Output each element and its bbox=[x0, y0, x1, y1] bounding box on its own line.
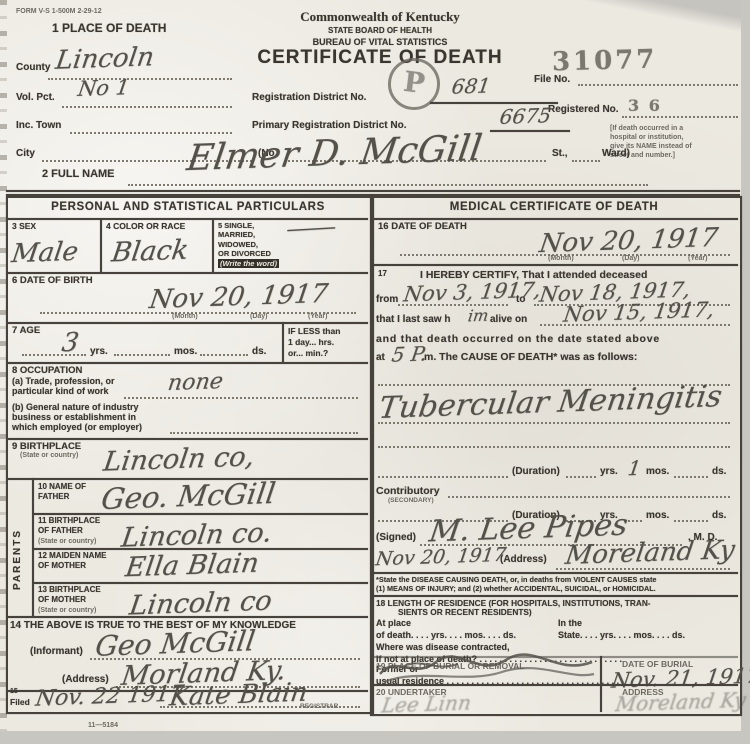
mother-bp-sublabel: (State or country) bbox=[38, 607, 96, 614]
signed-address-handwriting: Moreland Ky bbox=[564, 537, 737, 569]
in-the-state-line2: State. . . . yrs. . . . mos. . . . ds. bbox=[558, 630, 685, 640]
footnote-line2: (1) MEANS OF INJURY; and (2) whether ACC… bbox=[376, 585, 656, 593]
line-under-medical-title bbox=[372, 218, 738, 220]
race-handwriting: Black bbox=[110, 237, 190, 267]
header-divider-top bbox=[6, 190, 740, 192]
occupation-b-line2: business or establishment in bbox=[12, 412, 136, 422]
secondary-sublabel: (SECONDARY) bbox=[388, 497, 434, 504]
father-name-label-2: FATHER bbox=[38, 492, 69, 501]
dob-month-sublabel: (Month) bbox=[172, 313, 198, 321]
medical-section-title: MEDICAL CERTIFICATE OF DEATH bbox=[372, 201, 736, 214]
sex-race-divider bbox=[100, 220, 102, 272]
last-saw-label: that I last saw h bbox=[376, 314, 450, 325]
full-name-handwriting: Elmer D. McGill bbox=[185, 131, 484, 177]
contributory-dots bbox=[448, 494, 730, 498]
at-label: at bbox=[376, 352, 385, 363]
line-above-footnote bbox=[372, 572, 738, 574]
birthplace-sublabel: (State or country) bbox=[20, 452, 78, 460]
certify-from-label: from bbox=[376, 294, 398, 305]
duration-dots-0 bbox=[378, 474, 508, 478]
commonwealth-line: Commonwealth of Kentucky bbox=[225, 10, 535, 25]
marital-label-3: WIDOWED, bbox=[218, 240, 258, 249]
him-handwriting: im bbox=[467, 308, 490, 325]
residence-label-line2: SIENTS OR RECENT RESIDENTS) bbox=[398, 608, 532, 617]
dod-year-sublabel: (Year) bbox=[688, 255, 707, 263]
if-less-line2: 1 day... hrs. bbox=[288, 337, 334, 347]
vol-pct-line bbox=[62, 104, 232, 108]
file-no-label: File No. bbox=[534, 74, 570, 85]
marital-dash-handwriting: — bbox=[281, 217, 341, 242]
vol-pct-handwriting: No 1 bbox=[76, 77, 130, 100]
certify-section-number: 17 bbox=[378, 270, 387, 279]
hospital-note-line2: hospital or institution, bbox=[610, 134, 684, 141]
line-above-undertaker bbox=[372, 684, 738, 686]
parents-strip-divider bbox=[32, 478, 34, 616]
dob-label: 6 DATE OF BIRTH bbox=[12, 276, 93, 287]
parents-vertical-label: PARENTS bbox=[12, 510, 23, 590]
primary-registration-line bbox=[490, 130, 570, 132]
filed-label: Filed bbox=[10, 698, 30, 708]
race-label: 4 COLOR OR RACE bbox=[106, 222, 185, 232]
registration-district-label: Registration District No. bbox=[252, 92, 366, 103]
line-under-footnote bbox=[372, 595, 738, 597]
registered-no-value: 3 6 bbox=[628, 96, 662, 115]
father-bp-label-1: 11 BIRTHPLACE bbox=[38, 516, 100, 525]
occupation-b-line3: which employed (or employer) bbox=[12, 422, 142, 432]
occupation-handwriting: none bbox=[166, 371, 224, 395]
age-dots-2 bbox=[114, 352, 170, 356]
line-under-occupation bbox=[8, 438, 368, 440]
age-dots-3 bbox=[200, 352, 248, 356]
scan-corner-shadow bbox=[571, 0, 741, 34]
line-under-mother-name bbox=[34, 582, 368, 584]
dob-handwriting: Nov 20, 1917 bbox=[148, 281, 330, 313]
at-place-line1: At place bbox=[376, 618, 411, 628]
father-bp-label-2: OF FATHER bbox=[38, 526, 83, 535]
at-place-line2: of death. . . . yrs. . . . mos. . . . ds… bbox=[376, 630, 516, 640]
inc-town-label: Inc. Town bbox=[16, 120, 61, 131]
if-less-line1: IF LESS than bbox=[288, 326, 340, 336]
duration2-dots-3 bbox=[674, 518, 708, 522]
state-board-line: STATE BOARD OF HEALTH bbox=[225, 27, 535, 36]
primary-registration-handwriting: 6675 bbox=[498, 105, 552, 127]
marital-label-2: MARRIED, bbox=[218, 230, 255, 239]
certify-from-dots bbox=[398, 302, 508, 306]
scanned-death-certificate: FORM V-S 1-500M 2-29-12 1 PLACE OF DEATH… bbox=[0, 0, 750, 744]
contributory-label: Contributory bbox=[376, 486, 440, 498]
line-under-dob bbox=[8, 322, 368, 324]
duration-yrs-label: yrs. bbox=[600, 466, 618, 477]
certify-to-label: to bbox=[516, 294, 525, 305]
father-bp-handwriting: Lincoln co. bbox=[120, 519, 274, 551]
footnote-line1: *State the DISEASE CAUSING DEATH, or, in… bbox=[376, 576, 656, 584]
duration2-mos-label: mos. bbox=[646, 510, 669, 521]
undertaker-handwriting: Lee Linn bbox=[380, 692, 472, 715]
city-st-label: St., bbox=[552, 148, 568, 159]
occupation-a-line2: particular kind of work bbox=[12, 386, 109, 396]
full-name-line bbox=[128, 182, 648, 186]
age-yrs-label: yrs. bbox=[90, 346, 108, 357]
signed-address-label: (Address) bbox=[500, 554, 547, 565]
father-name-handwriting: Geo. McGill bbox=[99, 479, 277, 514]
marital-label-1: 5 SINGLE, bbox=[218, 221, 254, 230]
occupation-a-line bbox=[124, 395, 358, 399]
duration-ds-label: ds. bbox=[712, 466, 726, 477]
duration2-ds-label: ds. bbox=[712, 510, 726, 521]
mother-bp-handwriting: Lincoln co bbox=[128, 588, 274, 620]
dod-month-sublabel: (Month) bbox=[548, 255, 574, 263]
birthplace-handwriting: Lincoln co, bbox=[102, 443, 257, 475]
place-of-death-label: 1 PLACE OF DEATH bbox=[52, 22, 166, 35]
father-bp-sublabel: (State or country) bbox=[38, 538, 96, 545]
age-ds-label: ds. bbox=[252, 346, 266, 357]
city-st-line bbox=[572, 158, 600, 162]
file-number-stamp: 31077 bbox=[552, 45, 658, 78]
file-no-line bbox=[578, 82, 738, 86]
duration-label: (Duration) bbox=[512, 466, 560, 477]
bureau-line: BUREAU OF VITAL STATISTICS bbox=[225, 37, 535, 47]
county-line bbox=[48, 76, 232, 80]
informant-label: (Informant) bbox=[30, 646, 83, 657]
duration-mos-label: mos. bbox=[646, 466, 669, 477]
duration-dots-1 bbox=[566, 474, 596, 478]
marital-label-4: OR DIVORCED bbox=[218, 249, 271, 258]
age-label: 7 AGE bbox=[12, 326, 40, 337]
city-ward-label: Ward) bbox=[602, 148, 630, 159]
cause-dots-2 bbox=[378, 420, 730, 424]
duration-dots-2 bbox=[674, 474, 708, 478]
occupation-b-line1: (b) General nature of industry bbox=[12, 402, 139, 412]
certificate-paper: FORM V-S 1-500M 2-29-12 1 PLACE OF DEATH… bbox=[0, 0, 741, 731]
occupation-b-line bbox=[170, 430, 358, 434]
line-under-parents bbox=[8, 616, 368, 618]
at-time-handwriting: 5 P. bbox=[390, 343, 428, 364]
mother-bp-label-1: 13 BIRTHPLACE bbox=[38, 585, 101, 594]
duration-mos-handwriting: 1 bbox=[627, 458, 643, 478]
registered-no-line bbox=[622, 114, 738, 118]
father-name-label-1: 10 NAME OF bbox=[38, 482, 86, 491]
in-the-state-line1: In the bbox=[558, 618, 582, 628]
write-the-word-chip: (Write the word) bbox=[218, 259, 279, 268]
last-saw-dots bbox=[540, 322, 730, 326]
line-under-age bbox=[8, 362, 368, 364]
age-dots-1 bbox=[22, 352, 86, 356]
personal-section-title: PERSONAL AND STATISTICAL PARTICULARS bbox=[8, 201, 368, 214]
dob-day-sublabel: (Day) bbox=[250, 313, 268, 321]
signed-date-handwriting: Nov 20, 1917 bbox=[374, 546, 507, 570]
race-marital-divider bbox=[212, 220, 214, 272]
dob-year-sublabel: (Year) bbox=[308, 313, 327, 321]
undertaker-address-handwriting: Moreland Ky bbox=[614, 690, 747, 714]
age-mos-label: mos. bbox=[174, 346, 197, 357]
mother-bp-label-2: OF MOTHER bbox=[38, 595, 86, 604]
inc-town-line bbox=[70, 130, 232, 134]
sex-handwriting: Male bbox=[10, 239, 80, 267]
cause-of-death-label: m. The CAUSE OF DEATH* was as follows: bbox=[424, 352, 637, 364]
county-label: County bbox=[16, 62, 50, 73]
signed-address-dots bbox=[556, 566, 730, 570]
dod-day-sublabel: (Day) bbox=[622, 255, 640, 263]
if-less-line3: or... min.? bbox=[288, 348, 328, 358]
line-under-sex-row bbox=[8, 272, 368, 274]
registrar-label: REGISTRAR bbox=[300, 703, 338, 710]
mother-name-handwriting: Ella Blain bbox=[124, 550, 261, 582]
cause-dots-3 bbox=[378, 444, 730, 448]
primary-registration-label: Primary Registration District No. bbox=[252, 120, 406, 131]
sex-label: 3 SEX bbox=[12, 222, 36, 232]
hospital-note-line1: [If death occurred in a bbox=[610, 125, 683, 132]
registered-no-label: Registered No. bbox=[548, 104, 619, 115]
full-name-label: 2 FULL NAME bbox=[42, 168, 115, 180]
dod-label: 16 DATE OF DEATH bbox=[378, 222, 467, 233]
filed-section-number: 15 bbox=[10, 688, 18, 696]
mother-name-label-1: 12 MAIDEN NAME bbox=[38, 551, 106, 560]
line-under-dod bbox=[372, 264, 738, 266]
mother-name-label-2: OF MOTHER bbox=[38, 561, 86, 570]
line-under-father-name bbox=[34, 513, 368, 515]
form-number: FORM V-S 1-500M 2-29-12 bbox=[16, 8, 102, 16]
vol-pct-label: Vol. Pct. bbox=[16, 92, 55, 103]
registration-district-handwriting: 681 bbox=[450, 75, 491, 96]
county-handwriting: Lincoln bbox=[54, 44, 156, 73]
occupation-a-line1: (a) Trade, profession, or bbox=[12, 376, 115, 386]
age-box-divider bbox=[282, 322, 284, 362]
city-label: City bbox=[16, 148, 35, 159]
alive-on-label: alive on bbox=[490, 314, 527, 325]
form-footer-code: 11—5184 bbox=[88, 722, 118, 730]
signed-label: (Signed) bbox=[376, 532, 416, 543]
certificate-title: CERTIFICATE OF DEATH bbox=[225, 47, 535, 68]
